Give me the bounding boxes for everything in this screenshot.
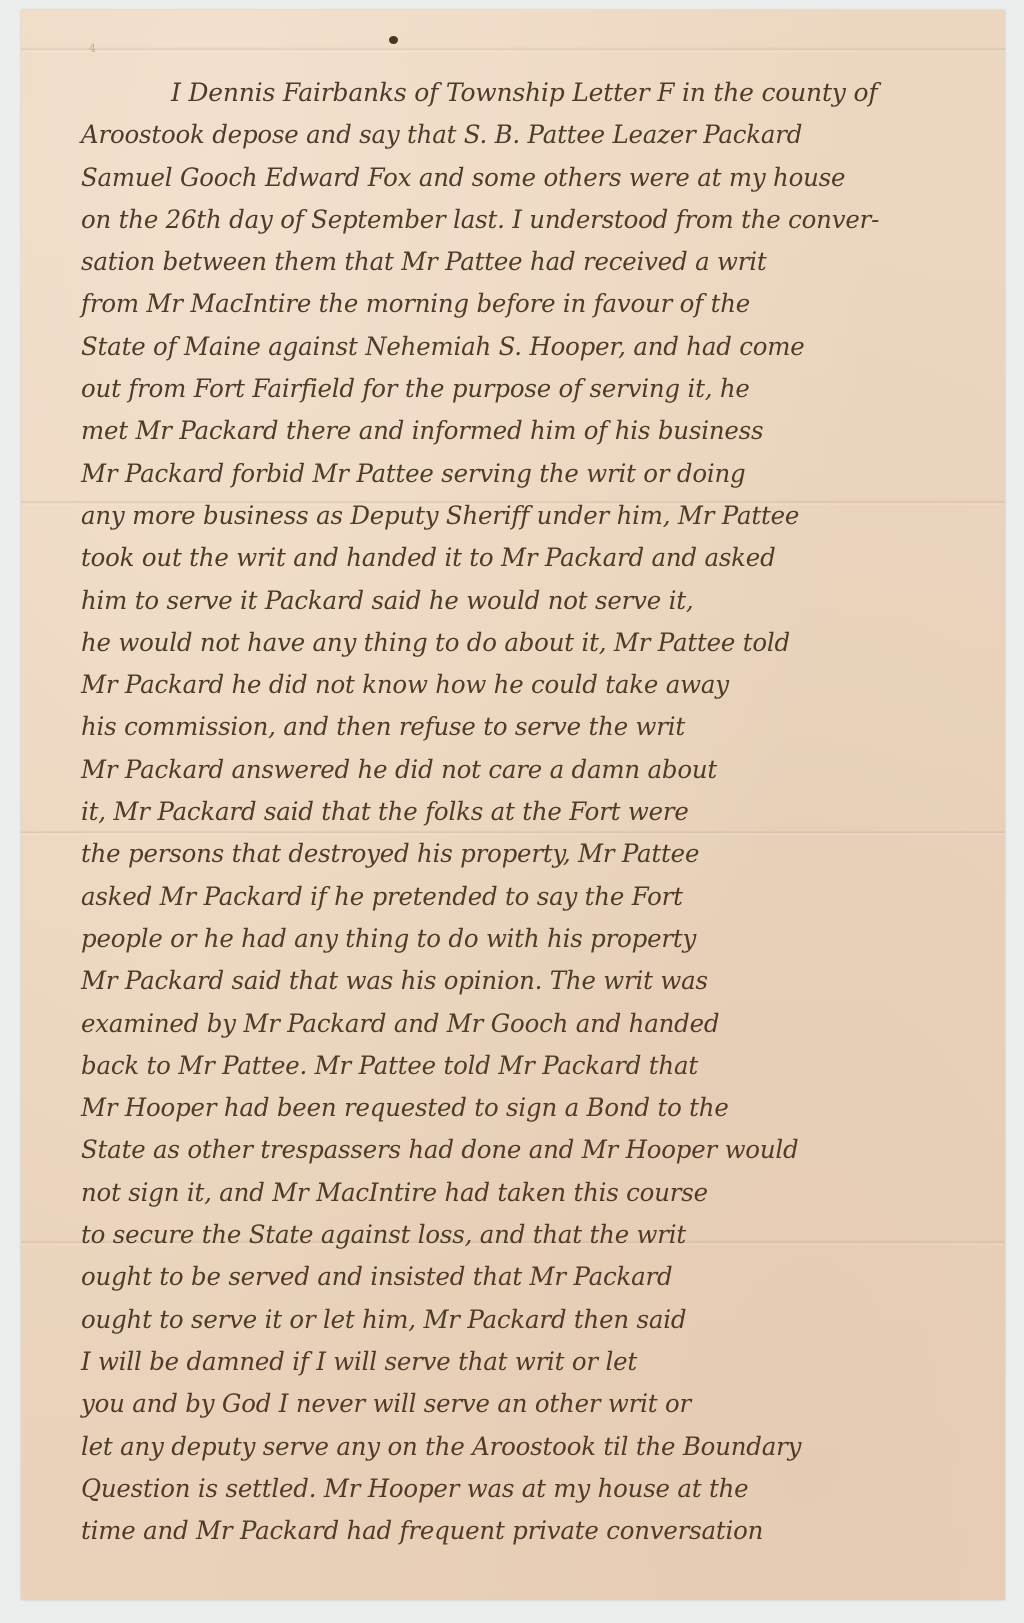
text-line: any more business as Deputy Sheriff unde…: [81, 495, 971, 537]
text-line: ought to be served and insisted that Mr …: [81, 1256, 971, 1298]
text-line: people or he had any thing to do with hi…: [81, 918, 971, 960]
text-line: on the 26th day of September last. I und…: [81, 199, 971, 241]
text-line: back to Mr Pattee. Mr Pattee told Mr Pac…: [81, 1045, 971, 1087]
text-line: Mr Packard answered he did not care a da…: [81, 749, 971, 791]
corner-annotation: 4: [89, 42, 129, 72]
text-line: took out the writ and handed it to Mr Pa…: [81, 537, 971, 579]
text-line: Mr Packard he did not know how he could …: [81, 664, 971, 706]
fold-crease: [21, 47, 1005, 53]
text-line: he would not have any thing to do about …: [81, 622, 971, 664]
text-line: I Dennis Fairbanks of Township Letter F …: [81, 72, 991, 114]
text-line: sation between them that Mr Pattee had r…: [81, 241, 971, 283]
text-line: the persons that destroyed his property,…: [81, 833, 971, 875]
text-line: from Mr MacIntire the morning before in …: [81, 283, 971, 325]
text-line: State of Maine against Nehemiah S. Hoope…: [81, 326, 971, 368]
text-line: Mr Hooper had been requested to sign a B…: [81, 1087, 971, 1129]
text-line: Mr Packard forbid Mr Pattee serving the …: [81, 453, 971, 495]
text-line: you and by God I never will serve an oth…: [81, 1383, 971, 1425]
text-line: to secure the State against loss, and th…: [81, 1214, 971, 1256]
text-line: Question is settled. Mr Hooper was at my…: [81, 1468, 971, 1510]
text-line: out from Fort Fairfield for the purpose …: [81, 368, 971, 410]
text-line: not sign it, and Mr MacIntire had taken …: [81, 1172, 971, 1214]
text-line: time and Mr Packard had frequent private…: [81, 1510, 971, 1552]
text-line: ought to serve it or let him, Mr Packard…: [81, 1299, 971, 1341]
text-line: asked Mr Packard if he pretended to say …: [81, 876, 971, 918]
text-line: Samuel Gooch Edward Fox and some others …: [81, 157, 971, 199]
text-line: met Mr Packard there and informed him of…: [81, 410, 971, 452]
text-line: his commission, and then refuse to serve…: [81, 706, 971, 748]
handwritten-text-body: I Dennis Fairbanks of Township Letter F …: [81, 72, 991, 1552]
ink-blot: [389, 36, 398, 44]
text-line: let any deputy serve any on the Aroostoo…: [81, 1426, 971, 1468]
text-line: it, Mr Packard said that the folks at th…: [81, 791, 971, 833]
text-line: examined by Mr Packard and Mr Gooch and …: [81, 1003, 971, 1045]
text-line: Mr Packard said that was his opinion. Th…: [81, 960, 971, 1002]
text-line: Aroostook depose and say that S. B. Patt…: [81, 114, 971, 156]
text-line: State as other trespassers had done and …: [81, 1129, 971, 1171]
text-line: him to serve it Packard said he would no…: [81, 580, 971, 622]
document-page: 4 I Dennis Fairbanks of Township Letter …: [21, 10, 1005, 1600]
text-line: I will be damned if I will serve that wr…: [81, 1341, 971, 1383]
